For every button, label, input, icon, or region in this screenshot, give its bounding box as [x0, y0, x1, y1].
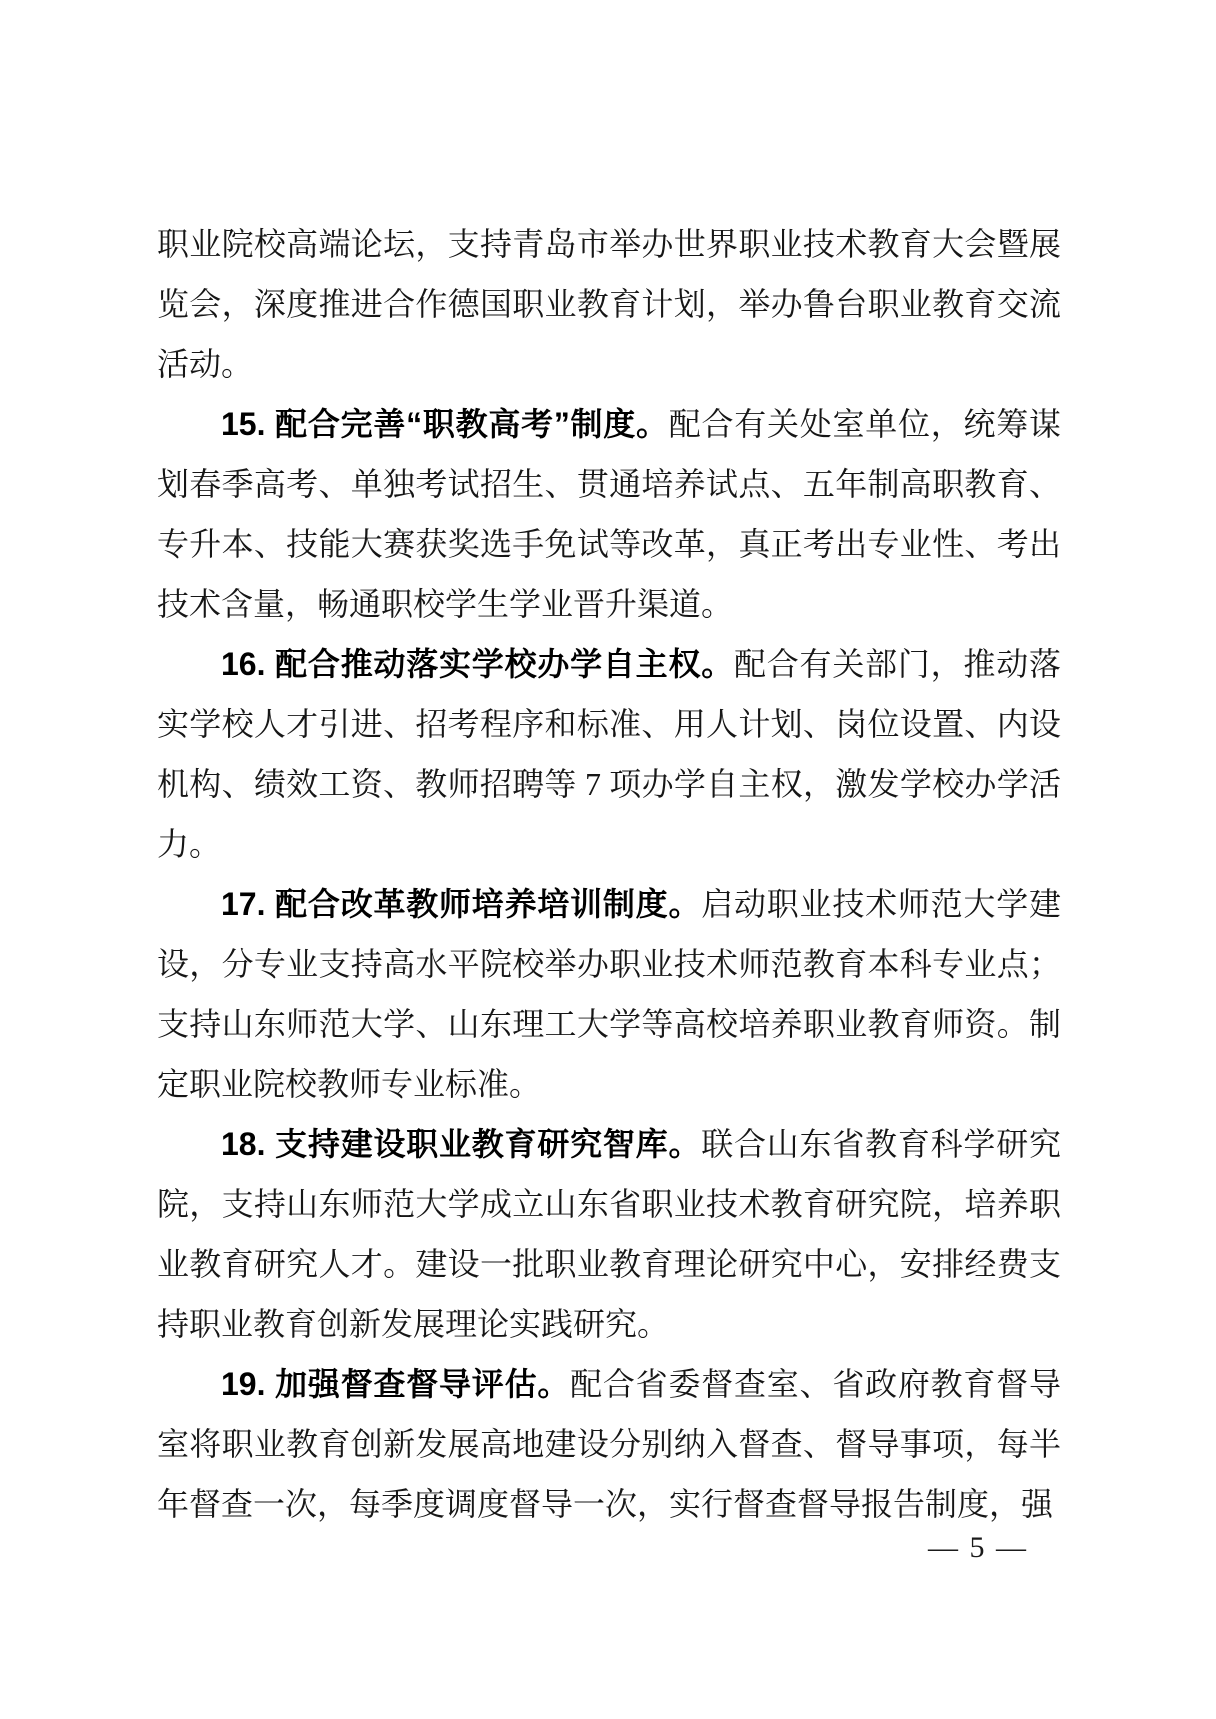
paragraph-heading: 16. 配合推动落实学校办学自主权。 [221, 646, 734, 682]
paragraph-heading: 15. 配合完善“职教高考”制度。 [221, 406, 669, 442]
page-number: — 5 — [928, 1528, 1028, 1568]
paragraph-item-16: 16. 配合推动落实学校办学自主权。配合有关部门，推动落实学校人才引进、招考程序… [157, 634, 1061, 874]
paragraph-continuation: 职业院校高端论坛，支持青岛市举办世界职业技术教育大会暨展览会，深度推进合作德国职… [157, 214, 1061, 394]
paragraph-item-17: 17. 配合改革教师培养培训制度。启动职业技术师范大学建设，分专业支持高水平院校… [157, 874, 1061, 1114]
document-body: 职业院校高端论坛，支持青岛市举办世界职业技术教育大会暨展览会，深度推进合作德国职… [157, 214, 1061, 1534]
paragraph-text: 职业院校高端论坛，支持青岛市举办世界职业技术教育大会暨展览会，深度推进合作德国职… [157, 226, 1061, 382]
paragraph-heading: 18. 支持建设职业教育研究智库。 [221, 1126, 701, 1162]
paragraph-item-18: 18. 支持建设职业教育研究智库。联合山东省教育科学研究院，支持山东师范大学成立… [157, 1114, 1061, 1354]
paragraph-item-19: 19. 加强督查督导评估。配合省委督查室、省政府教育督导室将职业教育创新发展高地… [157, 1354, 1061, 1534]
paragraph-item-15: 15. 配合完善“职教高考”制度。配合有关处室单位，统筹谋划春季高考、单独考试招… [157, 394, 1061, 634]
paragraph-heading: 19. 加强督查督导评估。 [221, 1366, 570, 1402]
paragraph-heading: 17. 配合改革教师培养培训制度。 [221, 886, 701, 922]
document-page: 职业院校高端论坛，支持青岛市举办世界职业技术教育大会暨展览会，深度推进合作德国职… [0, 0, 1216, 1719]
